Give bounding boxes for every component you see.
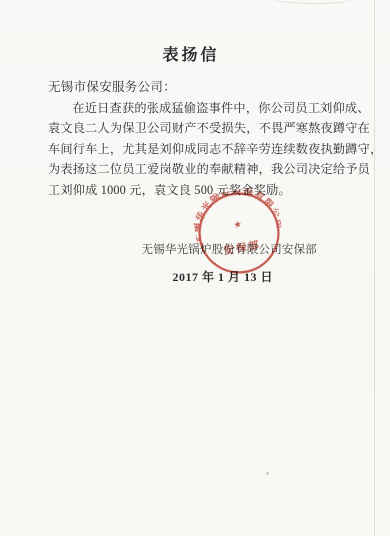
letter-body: 在近日查获的张成猛偷盗事件中，你公司员工刘仰成、 袁文良二人为保卫公司财产不受损… <box>0 98 390 201</box>
body-line: 工刘仰成 1000 元，袁文良 500 元奖金奖励。 <box>48 180 364 201</box>
letter-salutation: 无锡市保安服务公司： <box>0 77 390 98</box>
scan-speck <box>266 472 269 475</box>
seal-star-icon: ★ <box>233 220 243 231</box>
body-line: 在近日查获的张成猛偷盗事件中，你公司员工刘仰成、 <box>48 98 364 119</box>
letter-title: 表扬信 <box>0 42 386 65</box>
scanned-letter-page: 表扬信 无锡市保安服务公司： 在近日查获的张成猛偷盗事件中，你公司员工刘仰成、 … <box>0 0 390 536</box>
body-line: 袁文良二人为保卫公司财产不受损失，不畏严寒熬夜蹲守在 <box>48 118 364 139</box>
body-line: 为表扬这二位员工爱岗敬业的奉献精神，我公司决定给予员 <box>48 159 364 180</box>
scan-artifact <box>270 0 360 4</box>
letter-date: 2017 年 1 月 13 日 <box>0 268 390 285</box>
signature-org: 无锡华光锅炉股份有限公司安保部 <box>0 243 390 258</box>
letter-closing: 无锡华光锅炉股份有限公司安保部 2017 年 1 月 13 日 <box>0 243 390 285</box>
scan-page-edge <box>374 0 375 536</box>
body-line: 车间行车上，尤其是刘仰成同志不辞辛劳连续数夜执勤蹲守， <box>48 139 364 160</box>
